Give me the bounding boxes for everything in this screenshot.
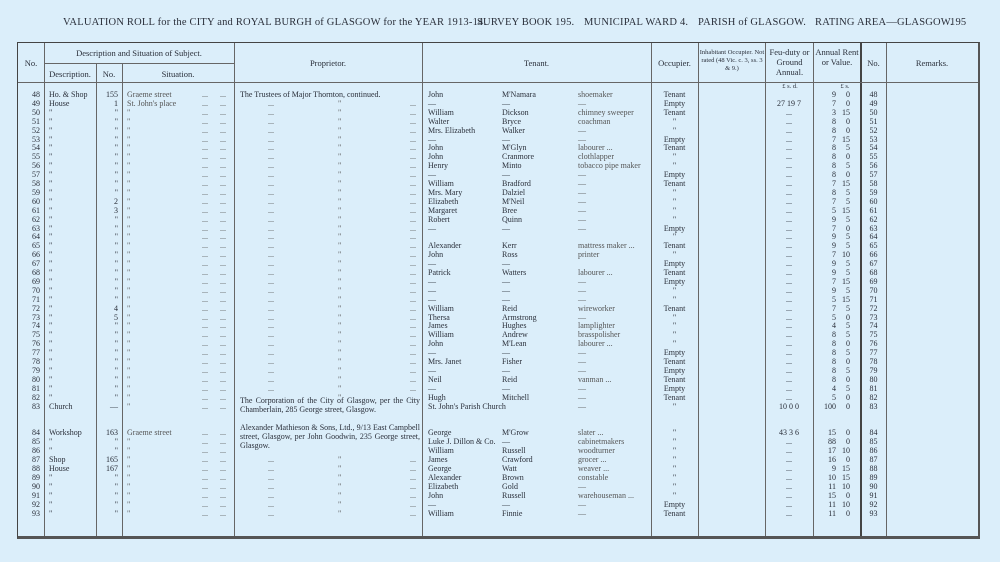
table-row: 88House167"........."...GeorgeWattweaver… [18,464,981,473]
row-tenant-last: Watt [502,464,582,473]
row-feu-duty: ... [766,446,812,455]
row-description: " [49,126,95,135]
row-number: 80 [18,375,40,384]
table-row: 93"""........."...WilliamFinnie—Tenant..… [18,509,981,518]
row-tenant-first: John [428,152,508,161]
row-rent-shillings: 0 [836,491,850,500]
row-number: 75 [18,330,40,339]
row-number: 49 [18,99,40,108]
row-trade: grocer ... [578,455,650,464]
row-number: 69 [18,277,40,286]
row-number-right: 64 [861,232,886,241]
row-rent-shillings: 5 [836,197,850,206]
row-situation: " [127,437,197,446]
row-tenant-first: — [428,277,508,286]
row-description: " [49,241,95,250]
table-row: 48Ho. & Shop155Graeme street......JohnM'… [18,90,981,99]
row-tenant-last: M'Neil [502,197,582,206]
rating-area: RATING AREA—GLASGOW. [815,17,953,28]
row-tenant-last: Reid [502,304,582,313]
row-occupier: " [651,330,698,339]
row-street-number: 167 [98,464,118,473]
table-row: 84Workshop163Graeme street......GeorgeM'… [18,428,981,437]
row-number: 78 [18,357,40,366]
row-tenant-last: Ross [502,250,582,259]
row-situation: " [127,250,197,259]
row-description: " [49,268,95,277]
row-number: 62 [18,215,40,224]
row-situation: " [127,393,197,402]
row-occupier: Tenant [651,268,698,277]
row-rent-shillings: 10 [836,446,850,455]
row-tenant-last: M'Grow [502,428,582,437]
row-occupier: Tenant [651,179,698,188]
header-no: No. [18,58,44,68]
row-tenant-first: Elizabeth [428,197,508,206]
header-inhabitant-occupier: Inhabitant Occupier. Not rated (48 Vic. … [699,49,765,73]
row-description: " [49,295,95,304]
row-situation: " [127,357,197,366]
table-row: 80"""........."...NeilReidvanman ...Tena… [18,375,981,384]
row-feu-duty: ... [766,250,812,259]
row-rent-pounds: 9 [814,90,836,99]
row-street-number: " [98,491,118,500]
row-tenant-last: Russell [502,491,582,500]
row-number: 74 [18,321,40,330]
row-trade: — [578,170,650,179]
row-street-number: " [98,152,118,161]
table-row: 76"""........."...JohnM'Leanlabourer ...… [18,339,981,348]
row-feu-duty: ... [766,117,812,126]
row-street-number: " [98,473,118,482]
row-number-right: 84 [861,428,886,437]
row-rent-pounds: 9 [814,464,836,473]
row-street-number: " [98,330,118,339]
row-situation: " [127,179,197,188]
row-rent-pounds: 11 [814,482,836,491]
row-trade: labourer ... [578,143,650,152]
row-occupier: Tenant [651,357,698,366]
row-occupier: Tenant [651,108,698,117]
table-row: 81"""........."...———Empty...4581 [18,384,981,393]
row-feu-duty: ... [766,500,812,509]
row-occupier: Tenant [651,241,698,250]
table-row: 63"""........."...———Empty...7063 [18,224,981,233]
row-rent-pounds: 8 [814,143,836,152]
row-trade: — [578,384,650,393]
table-row: 91"""........."...JohnRussellwarehousema… [18,491,981,500]
row-situation: " [127,126,197,135]
row-situation: " [127,473,197,482]
row-tenant-first: James [428,455,508,464]
row-description: House [49,464,95,473]
row-rent-pounds: 16 [814,455,836,464]
row-tenant-last: Quinn [502,215,582,224]
row-street-number: " [98,232,118,241]
row-rent-pounds: 8 [814,161,836,170]
row-occupier: " [651,455,698,464]
row-trade: — [578,348,650,357]
row-trade: labourer ... [578,268,650,277]
row-situation: " [127,455,197,464]
row-trade: — [578,482,650,491]
row-feu-duty: ... [766,455,812,464]
row-occupier: " [651,188,698,197]
row-feu-duty: 43 3 6 [766,428,812,437]
row-trade: vanman ... [578,375,650,384]
row-rent-pounds: 9 [814,215,836,224]
row-tenant-first: Mrs. Elizabeth [428,126,508,135]
row-rent-shillings: 15 [836,135,850,144]
row-tenant-last: Bradford [502,179,582,188]
row-tenant-first: — [428,170,508,179]
row-occupier: " [651,197,698,206]
row-street-number: " [98,161,118,170]
row-tenant-first: — [428,384,508,393]
row-street-number: " [98,509,118,518]
row-trade: — [578,99,650,108]
row-feu-duty: ... [766,268,812,277]
row-number: 90 [18,482,40,491]
row-occupier: " [651,339,698,348]
row-tenant-last: Cranmore [502,152,582,161]
table-row: 62"""........."...RobertQuinn—"...9562 [18,215,981,224]
row-trade: mattress maker ... [578,241,650,250]
row-feu-duty: 10 0 0 [766,402,812,411]
row-tenant-first: — [428,295,508,304]
row-tenant-last: Minto [502,161,582,170]
row-description: " [49,117,95,126]
row-number-right: 86 [861,446,886,455]
row-street-number: " [98,126,118,135]
row-rent-pounds: 8 [814,375,836,384]
row-situation: " [127,330,197,339]
row-rent-pounds: 5 [814,295,836,304]
row-description: Workshop [49,428,95,437]
row-rent-pounds: 9 [814,268,836,277]
row-occupier: Empty [651,366,698,375]
row-tenant-last: — [502,384,582,393]
row-occupier: " [651,250,698,259]
row-rent-pounds: 9 [814,241,836,250]
row-tenant-first: — [428,99,508,108]
row-tenant-last: Walker [502,126,582,135]
row-situation: " [127,500,197,509]
row-occupier: Empty [651,500,698,509]
row-number-right: 66 [861,250,886,259]
row-tenant-first: Patrick [428,268,508,277]
row-number: 84 [18,428,40,437]
row-rent-shillings: 5 [836,321,850,330]
row-description: " [49,250,95,259]
row-trade: warehouseman ... [578,491,650,500]
row-street-number: " [98,286,118,295]
row-situation: " [127,143,197,152]
table-row: 53"""........."...———Empty...71553 [18,135,981,144]
row-tenant-last: — [502,348,582,357]
row-tenant-first: Margaret [428,206,508,215]
row-street-number: " [98,268,118,277]
row-rent-pounds: 8 [814,188,836,197]
row-description: " [49,135,95,144]
row-tenant-first: — [428,286,508,295]
row-rent-shillings: 0 [836,99,850,108]
row-rent-pounds: 4 [814,384,836,393]
row-street-number: " [98,384,118,393]
row-description: Shop [49,455,95,464]
row-number-right: 78 [861,357,886,366]
row-feu-duty: ... [766,437,812,446]
row-rent-pounds: 9 [814,232,836,241]
row-tenant-last: Bree [502,206,582,215]
row-tenant-first: John [428,491,508,500]
row-situation: " [127,402,197,411]
row-situation: " [127,152,197,161]
row-rent-shillings: 0 [836,393,850,402]
row-street-number: " [98,215,118,224]
row-description: " [49,339,95,348]
row-rent-pounds: 9 [814,259,836,268]
table-row: 60"2"........."...ElizabethM'Neil—"...75… [18,197,981,206]
row-situation: " [127,384,197,393]
row-tenant-first: John [428,250,508,259]
row-description: " [49,366,95,375]
row-number: 65 [18,241,40,250]
row-rent-pounds: 5 [814,393,836,402]
row-rent-pounds: 5 [814,313,836,322]
row-rent-shillings: 5 [836,161,850,170]
row-tenant-last: Brown [502,473,582,482]
row-street-number: " [98,348,118,357]
header-annual-rent: Annual Rent or Value. [814,47,860,67]
row-trade: — [578,126,650,135]
row-number-right: 67 [861,259,886,268]
row-tenant-last: — [502,170,582,179]
row-street-number: 2 [98,197,118,206]
row-number-right: 54 [861,143,886,152]
row-trade: — [578,277,650,286]
row-rent-pounds: 7 [814,224,836,233]
row-description: " [49,304,95,313]
row-feu-duty: ... [766,143,812,152]
row-street-number: 165 [98,455,118,464]
row-tenant-first: — [428,366,508,375]
row-occupier: Tenant [651,304,698,313]
row-trade: chimney sweeper [578,108,650,117]
row-number: 77 [18,348,40,357]
roll-title: VALUATION ROLL for the CITY and ROYAL BU… [63,17,486,28]
row-trade: — [578,224,650,233]
row-rent-shillings: 5 [836,215,850,224]
row-rent-pounds: 8 [814,170,836,179]
row-rent-pounds: 7 [814,179,836,188]
row-feu-duty: ... [766,135,812,144]
municipal-ward: MUNICIPAL WARD 4. [584,17,688,28]
row-tenant-first: Luke J. Dillon & Co. [428,437,508,446]
row-feu-duty: ... [766,126,812,135]
row-tenant-last: Fisher [502,357,582,366]
row-rent-shillings: 0 [836,170,850,179]
row-street-number: " [98,250,118,259]
row-rent-pounds: 88 [814,437,836,446]
row-tenant-last: Kerr [502,241,582,250]
row-feu-duty: ... [766,357,812,366]
row-number: 71 [18,295,40,304]
row-trade: labourer ... [578,339,650,348]
row-tenant-first: William [428,179,508,188]
table-row: 54"""........."...JohnM'Glynlabourer ...… [18,143,981,152]
row-rent-pounds: 100 [814,402,836,411]
row-number: 87 [18,455,40,464]
row-description: " [49,259,95,268]
row-feu-duty: 27 19 7 [766,99,812,108]
table-row: 74"""........."...JamesHugheslamplighter… [18,321,981,330]
table-row: 65"""........."...AlexanderKerrmattress … [18,241,981,250]
row-rent-shillings: 0 [836,437,850,446]
row-rent-shillings: 5 [836,348,850,357]
row-tenant-first: John [428,339,508,348]
row-tenant-last: — [502,135,582,144]
row-feu-duty: ... [766,295,812,304]
row-situation: " [127,197,197,206]
row-street-number: " [98,179,118,188]
row-situation: " [127,135,197,144]
row-street-number: " [98,170,118,179]
row-rent-pounds: 5 [814,206,836,215]
row-tenant-first: Elizabeth [428,482,508,491]
table-row: 70"""........."...———"...9570 [18,286,981,295]
row-feu-duty: ... [766,170,812,179]
row-description: " [49,313,95,322]
row-number-right: 77 [861,348,886,357]
row-tenant-first: George [428,428,508,437]
row-street-number: " [98,500,118,509]
row-rent-shillings: 5 [836,286,850,295]
row-number: 66 [18,250,40,259]
row-situation: " [127,232,197,241]
row-feu-duty: ... [766,197,812,206]
row-feu-duty: ... [766,304,812,313]
row-rent-shillings: 15 [836,464,850,473]
row-rent-pounds: 4 [814,321,836,330]
row-number-right: 50 [861,108,886,117]
row-description: " [49,357,95,366]
row-description: " [49,446,95,455]
row-tenant-first: Robert [428,215,508,224]
row-street-number: " [98,295,118,304]
row-rent-pounds: 7 [814,99,836,108]
row-street-number: 5 [98,313,118,322]
row-rent-shillings: 15 [836,206,850,215]
row-trade: — [578,500,650,509]
row-trade: lamplighter [578,321,650,330]
row-occupier: " [651,446,698,455]
row-number-right: 68 [861,268,886,277]
row-tenant-last: — [502,277,582,286]
table-row: 87Shop165"........."...JamesCrawfordgroc… [18,455,981,464]
row-street-number: 3 [98,206,118,215]
row-tenant-first: — [428,135,508,144]
table-row: 55"""........."...JohnCranmoreclothlappe… [18,152,981,161]
row-rent-pounds: 7 [814,277,836,286]
row-number-right: 76 [861,339,886,348]
row-number: 58 [18,179,40,188]
row-description: " [49,215,95,224]
row-occupier: Empty [651,170,698,179]
header-remarks: Remarks. [886,58,978,68]
row-occupier: " [651,117,698,126]
row-description: " [49,482,95,491]
row-street-number: " [98,339,118,348]
row-street-number: " [98,108,118,117]
row-rent-shillings: 0 [836,375,850,384]
row-occupier: " [651,321,698,330]
row-number-right: 93 [861,509,886,518]
row-occupier: Tenant [651,509,698,518]
row-number: 93 [18,509,40,518]
row-rent-pounds: 7 [814,197,836,206]
row-rent-shillings: 10 [836,250,850,259]
table-row: 51"""........."...WalterBrycecoachman"..… [18,117,981,126]
row-feu-duty: ... [766,232,812,241]
row-rent-pounds: 7 [814,304,836,313]
row-occupier: Empty [651,259,698,268]
row-rent-pounds: 8 [814,152,836,161]
row-rent-shillings: 5 [836,143,850,152]
row-number: 86 [18,446,40,455]
row-trade: — [578,135,650,144]
row-tenant-last: Bryce [502,117,582,126]
row-number-right: 91 [861,491,886,500]
row-number-right: 63 [861,224,886,233]
row-feu-duty: ... [766,375,812,384]
header-number: No. [96,69,122,79]
row-tenant-last: M'Namara [502,90,582,99]
row-street-number: " [98,366,118,375]
row-number-right: 72 [861,304,886,313]
row-occupier: " [651,313,698,322]
row-rent-shillings: 5 [836,259,850,268]
row-tenant-first: Thersa [428,313,508,322]
row-feu-duty: ... [766,286,812,295]
table-row: 50"""........."...WilliamDicksonchimney … [18,108,981,117]
row-description: " [49,491,95,500]
row-description: House [49,99,95,108]
row-situation: " [127,259,197,268]
row-rent-pounds: 8 [814,126,836,135]
header-description-group: Description and Situation of Subject. [44,48,234,58]
row-tenant-last: Dalziel [502,188,582,197]
row-number-right: 49 [861,99,886,108]
row-occupier: " [651,491,698,500]
row-occupier: Empty [651,99,698,108]
row-feu-duty: ... [766,206,812,215]
row-feu-duty: ... [766,339,812,348]
header-occupier: Occupier. [651,58,698,68]
row-rent-shillings: 5 [836,241,850,250]
row-situation: St. John's place [127,99,197,108]
row-number: 91 [18,491,40,500]
row-number-right: 65 [861,241,886,250]
table-row: 67"""........."...——Empty...9567 [18,259,981,268]
row-occupier: " [651,295,698,304]
table-row: 72"4"........."...WilliamReidwireworkerT… [18,304,981,313]
row-situation: " [127,339,197,348]
row-number: 56 [18,161,40,170]
header-description: Description. [44,69,96,79]
row-situation: " [127,206,197,215]
row-description: " [49,437,95,446]
